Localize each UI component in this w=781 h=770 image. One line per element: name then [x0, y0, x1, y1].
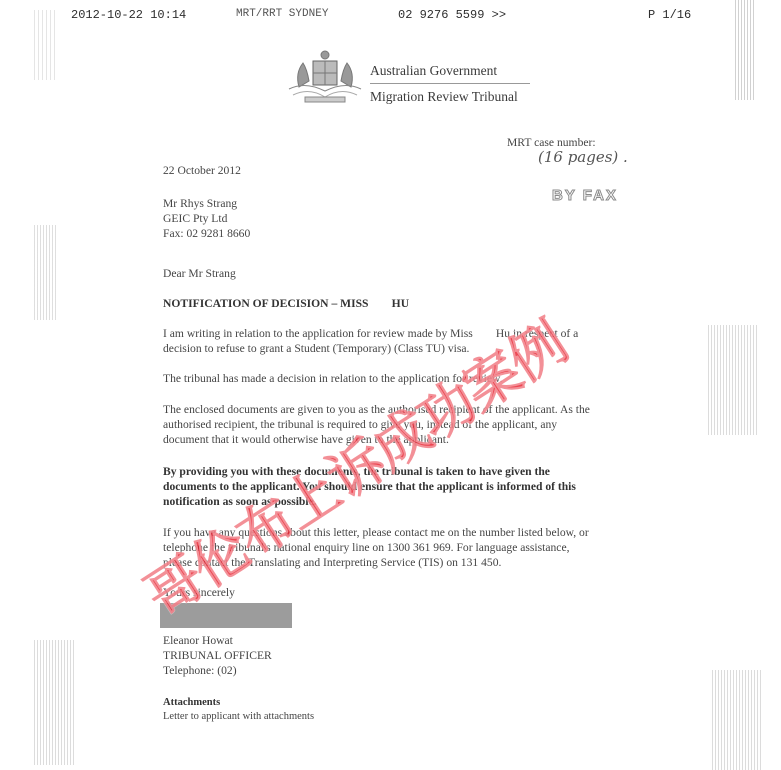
recipient-company: GEIC Pty Ltd — [163, 211, 227, 226]
signer-telephone: Telephone: (02) — [163, 663, 237, 678]
attachments-text: Letter to applicant with attachments — [163, 709, 314, 724]
government-name: Australian Government — [370, 63, 497, 79]
attachments-heading: Attachments — [163, 695, 220, 710]
fax-sender: MRT/RRT SYDNEY — [236, 8, 328, 20]
tribunal-name: Migration Review Tribunal — [370, 89, 518, 105]
letterhead-divider — [370, 83, 530, 84]
fax-timestamp: 2012-10-22 10:14 — [71, 8, 186, 22]
scan-noise — [708, 325, 758, 435]
letter-date: 22 October 2012 — [163, 163, 241, 178]
paragraph-line: decision to refuse to grant a Student (T… — [163, 341, 469, 356]
salutation: Dear Mr Strang — [163, 266, 236, 281]
fax-header: 2012-10-22 10:14 MRT/RRT SYDNEY 02 9276 … — [0, 8, 781, 26]
coat-of-arms-icon — [285, 47, 365, 107]
scan-noise — [34, 225, 56, 320]
handwritten-page-count: (16 pages) . — [538, 148, 628, 166]
fax-page-number: P 1/16 — [648, 8, 691, 22]
letter-subject: NOTIFICATION OF DECISION – MISS HU — [163, 296, 409, 311]
scan-noise — [712, 670, 762, 770]
recipient-fax: Fax: 02 9281 8660 — [163, 226, 250, 241]
signer-title: TRIBUNAL OFFICER — [163, 648, 272, 663]
signer-name: Eleanor Howat — [163, 633, 233, 648]
fax-phone: 02 9276 5599 >> — [398, 8, 506, 22]
scan-noise — [34, 640, 74, 765]
recipient-name: Mr Rhys Strang — [163, 196, 237, 211]
by-fax-stamp: BY FAX — [552, 187, 618, 204]
